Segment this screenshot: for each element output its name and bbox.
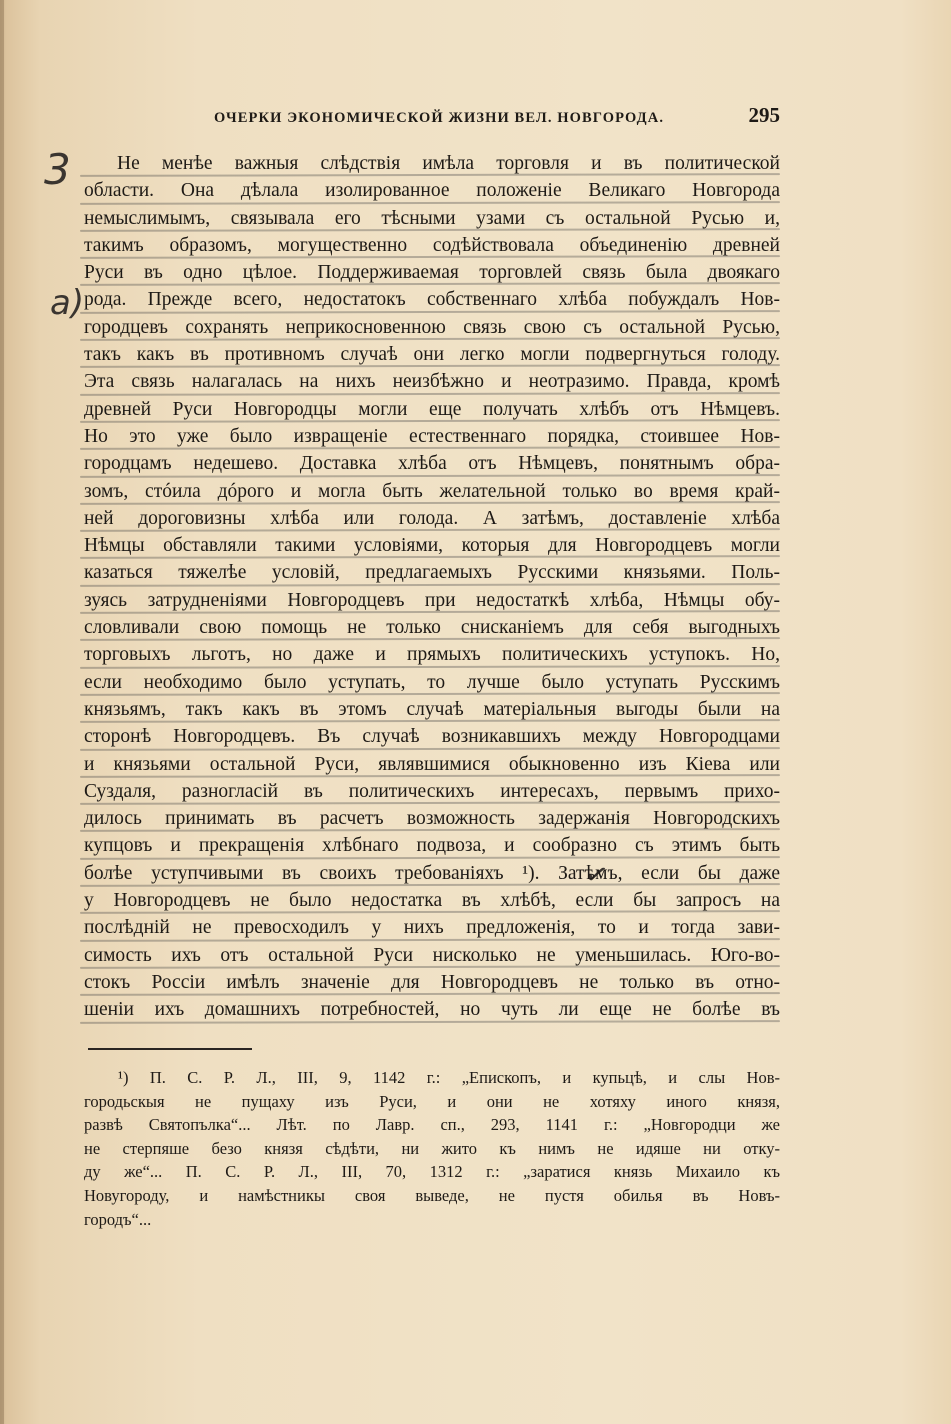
footnotes-block: ¹) П. С. Р. Л., III, 9, 1142 г.: „Еписко… xyxy=(84,1066,780,1231)
handwritten-section-number: 3 xyxy=(44,145,71,194)
footnote-line: Новугороду, и намѣстникы своя выведе, не… xyxy=(84,1184,780,1208)
text-line: древней Руси Новгородцы могли еще получа… xyxy=(84,396,780,423)
text-line: городцевъ сохранять неприкосновенною свя… xyxy=(84,314,780,341)
text-line: зомъ, стóила дóрого и могла быть желател… xyxy=(84,478,780,505)
text-line: стокъ Россіи имѣлъ значеніе для Новгород… xyxy=(84,969,780,996)
text-line: немыслимымъ, связывала его тѣсными узами… xyxy=(84,205,780,232)
page-number: 295 xyxy=(749,103,781,128)
text-line: сторонѣ Новгородцевъ. Въ случаѣ возникав… xyxy=(84,723,780,750)
text-line: и князьями остальной Руси, являвшимися о… xyxy=(84,751,780,778)
text-line: Не менѣе важныя слѣдствія имѣла торговля… xyxy=(84,150,780,177)
page-spine-edge xyxy=(0,0,4,1424)
text-line: рода. Прежде всего, недостатокъ собствен… xyxy=(84,286,780,313)
text-line: словливали свою помощь не только снискан… xyxy=(84,614,780,641)
text-line: Но это уже было извращеніе естественнаго… xyxy=(84,423,780,450)
text-line: городцамъ недешево. Доставка хлѣба отъ Н… xyxy=(84,450,780,477)
footnote-line: городьскыя не пущаху изъ Руси, и они не … xyxy=(84,1090,780,1114)
text-line: болѣе уступчивыми въ своихъ требованіяхъ… xyxy=(84,860,780,887)
text-line: торговыхъ льготъ, но даже и прямыхъ поли… xyxy=(84,641,780,668)
text-line: Руси въ одно цѣлое. Поддерживаемая торго… xyxy=(84,259,780,286)
footnote-line: ¹) П. С. Р. Л., III, 9, 1142 г.: „Еписко… xyxy=(84,1066,780,1090)
text-line: купцовъ и прекращенія хлѣбнаго подвоза, … xyxy=(84,832,780,859)
text-line: если необходимо было уступать, то лучше … xyxy=(84,669,780,696)
text-line: зуясь затрудненіями Новгородцевъ при нед… xyxy=(84,587,780,614)
text-line: дилось принимать въ расчетъ возможность … xyxy=(84,805,780,832)
text-line: такимъ образомъ, могущественно содѣйство… xyxy=(84,232,780,259)
text-line: Суздаля, разногласій въ политическихъ ин… xyxy=(84,778,780,805)
page-header: ОЧЕРКИ ЭКОНОМИЧЕСКОЙ ЖИЗНИ ВЕЛ. НОВГОРОД… xyxy=(214,103,780,128)
main-text-block: Не менѣе важныя слѣдствія имѣла торговля… xyxy=(84,150,780,1024)
text-line: шеніи ихъ домашнихъ потребностей, но чут… xyxy=(84,996,780,1023)
handwritten-item-marker: a) xyxy=(50,283,84,323)
footnote-line: городъ“... xyxy=(84,1208,780,1232)
footnote-line: развѣ Святопълка“... Лѣт. по Лавр. сп., … xyxy=(84,1113,780,1137)
footnote-separator xyxy=(88,1048,252,1050)
text-line: такъ какъ въ противномъ случаѣ они легко… xyxy=(84,341,780,368)
text-line: казаться тяжелѣе условій, предлагаемыхъ … xyxy=(84,559,780,586)
footnote-line: не стерпяше безо князя сѣдѣти, ни жито к… xyxy=(84,1137,780,1161)
running-title: ОЧЕРКИ ЭКОНОМИЧЕСКОЙ ЖИЗНИ ВЕЛ. НОВГОРОД… xyxy=(214,110,664,127)
text-line: князьямъ, такъ какъ въ этомъ случаѣ мате… xyxy=(84,696,780,723)
text-line: Нѣмцы обставляли такими условіями, котор… xyxy=(84,532,780,559)
book-page: ОЧЕРКИ ЭКОНОМИЧЕСКОЙ ЖИЗНИ ВЕЛ. НОВГОРОД… xyxy=(0,0,951,1424)
text-line: области. Она дѣлала изолированное положе… xyxy=(84,177,780,204)
text-line: Эта связь налагалась на нихъ неизбѣжно и… xyxy=(84,368,780,395)
text-line: симость ихъ отъ остальной Руси нисколько… xyxy=(84,942,780,969)
text-line: ней дороговизны хлѣба или голода. А затѣ… xyxy=(84,505,780,532)
text-line: послѣдній не превосходилъ у нихъ предлож… xyxy=(84,914,780,941)
text-line: у Новгородцевъ не было недостатка въ хлѣ… xyxy=(84,887,780,914)
footnote-line: ду же“... П. С. Р. Л., III, 70, 1312 г.:… xyxy=(84,1160,780,1184)
